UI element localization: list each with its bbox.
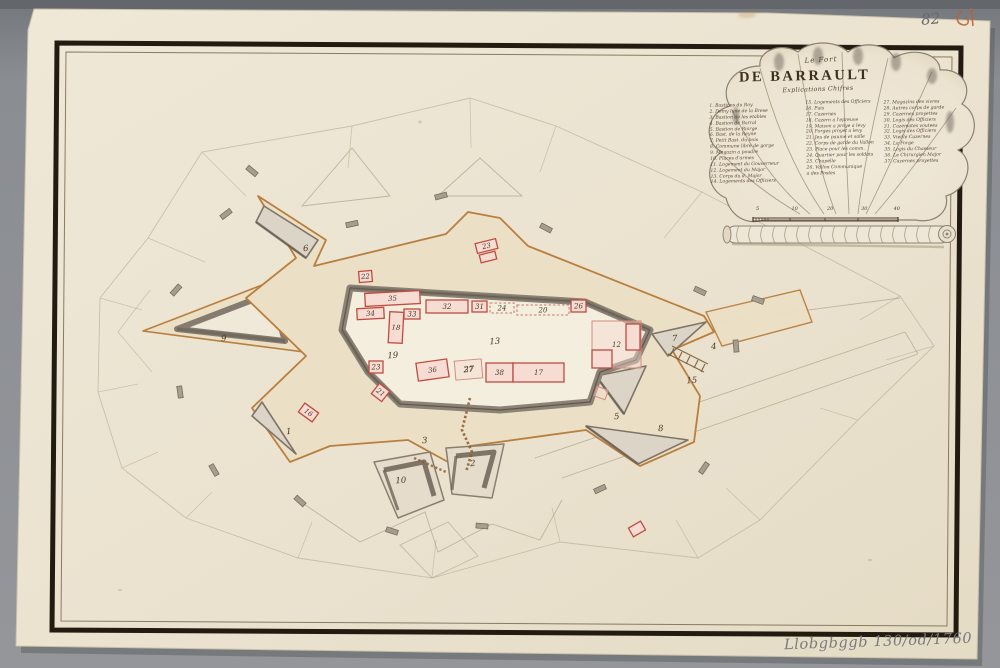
work-number: 3 (422, 436, 428, 446)
cartouche-shell (709, 43, 974, 247)
work-number: 10 (395, 476, 407, 487)
traverse (733, 340, 739, 352)
building-number: 20 (538, 306, 548, 314)
building-number: 12 (612, 341, 621, 349)
building-number: 23 (371, 363, 381, 371)
work-number: 2 (469, 459, 476, 469)
building-number: 17 (534, 369, 543, 377)
building-number: 35 (388, 295, 398, 303)
building-number: 36 (428, 366, 438, 375)
work-number: 27 (462, 365, 475, 376)
building-number: 38 (495, 369, 504, 377)
building-number: 22 (360, 272, 371, 281)
building-number: 31 (475, 303, 484, 311)
work-number: 13 (489, 337, 500, 348)
work-number: 5 (614, 412, 620, 422)
map-plan-svg: 35343318323124202612363738172321222316 9… (0, 0, 1000, 668)
building-number: 24 (497, 304, 507, 312)
work-number: 15 (686, 376, 697, 387)
building-number: 32 (443, 303, 452, 311)
building-number: 33 (408, 310, 417, 318)
building-number: 34 (366, 310, 375, 318)
work-number: 1 (286, 427, 292, 437)
work-number: 19 (387, 351, 399, 362)
work-number: 4 (710, 342, 717, 352)
traverse (476, 523, 488, 529)
building-number: 26 (573, 302, 583, 310)
building (592, 350, 612, 368)
building (626, 324, 640, 350)
photographed-map: { "meta": { "sheet_number": "82", "corne… (0, 0, 1000, 668)
building-number: 18 (391, 324, 401, 332)
